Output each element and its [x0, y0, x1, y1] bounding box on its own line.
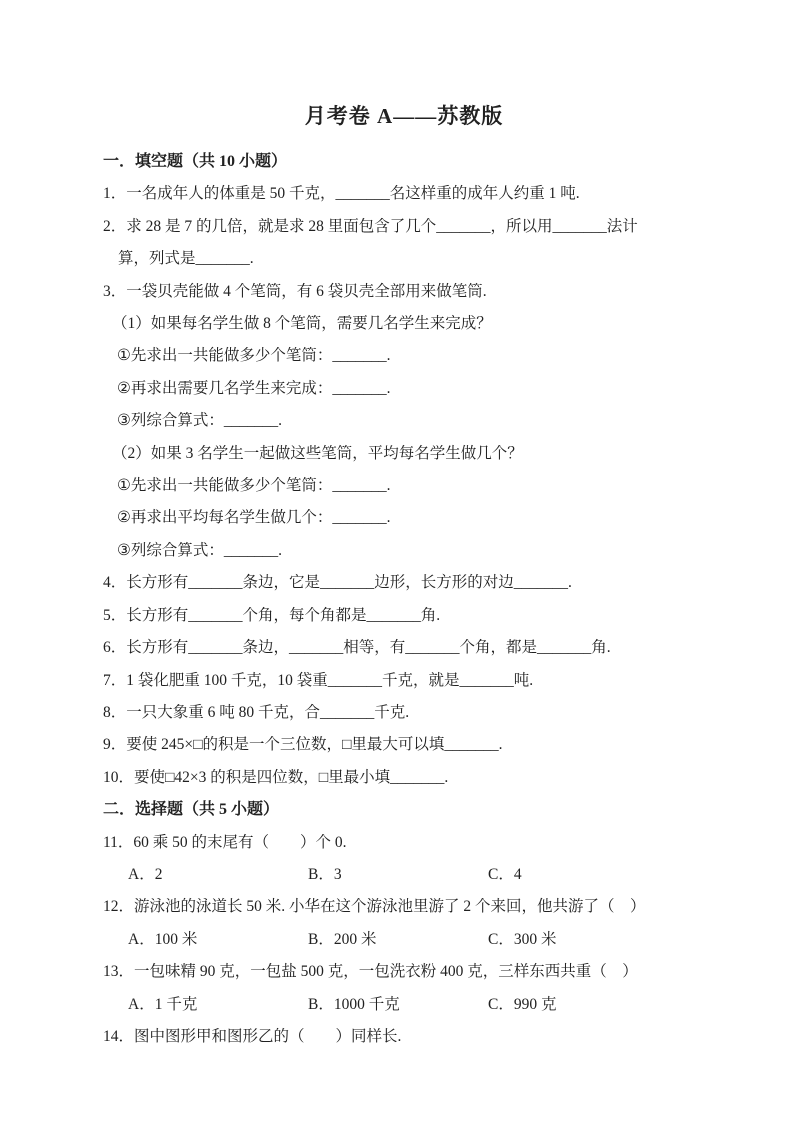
section-lines: 1．一名成年人的体重是 50 千克，_______名这样重的成年人约重 1 吨.… — [103, 178, 705, 794]
options-row: A．1 千克B．1000 千克C．990 克 — [103, 989, 705, 1021]
sub-question-line: ②再求出需要几名学生来完成：_______. — [103, 373, 705, 405]
options-row: A．100 米B．200 米C．300 米 — [103, 924, 705, 956]
section-heading: 一．填空题（共 10 小题） — [103, 146, 705, 178]
sub-question-line: （1）如果每名学生做 8 个笔筒，需要几名学生来完成？ — [103, 308, 705, 340]
option-item: B．1000 千克 — [308, 989, 488, 1021]
question-line: 7．1 袋化肥重 100 千克，10 袋重_______千克，就是_______… — [103, 665, 705, 697]
page-title: 月考卷 A——苏教版 — [103, 103, 705, 129]
question-line: 11．60 乘 50 的末尾有（ ）个 0. — [103, 827, 705, 859]
section-heading: 二．选择题（共 5 小题） — [103, 794, 705, 826]
question-line: 6．长方形有_______条边，_______相等，有_______个角，都是_… — [103, 632, 705, 664]
option-item: C．300 米 — [488, 924, 705, 956]
option-item: C．4 — [488, 859, 705, 891]
sub-question-line: （2）如果 3 名学生一起做这些笔筒，平均每名学生做几个？ — [103, 438, 705, 470]
question-line: 10．要使□42×3 的积是四位数，□里最小填_______. — [103, 762, 705, 794]
option-item: A．2 — [128, 859, 308, 891]
sub-question-line: ②再求出平均每名学生做几个：_______. — [103, 502, 705, 534]
question-line: 12．游泳池的泳道长 50 米. 小华在这个游泳池里游了 2 个来回，他共游了（… — [103, 891, 705, 923]
question-line: 2．求 28 是 7 的几倍，就是求 28 里面包含了几个_______，所以用… — [103, 211, 705, 243]
option-item: B．200 米 — [308, 924, 488, 956]
sub-question-line: ③列综合算式：_______. — [103, 405, 705, 437]
option-item: C．990 克 — [488, 989, 705, 1021]
option-item: A．1 千克 — [128, 989, 308, 1021]
section-fill-in-blanks: 一．填空题（共 10 小题） 1．一名成年人的体重是 50 千克，_______… — [103, 146, 705, 794]
section-multiple-choice: 二．选择题（共 5 小题） 11．60 乘 50 的末尾有（ ）个 0.A．2B… — [103, 794, 705, 1053]
question-line: 8．一只大象重 6 吨 80 千克，合_______千克. — [103, 697, 705, 729]
question-line: 9．要使 245×□的积是一个三位数，□里最大可以填_______. — [103, 729, 705, 761]
sub-question-line: ③列综合算式：_______. — [103, 535, 705, 567]
question-line: 3．一袋贝壳能做 4 个笔筒，有 6 袋贝壳全部用来做笔筒. — [103, 276, 705, 308]
options-row: A．2B．3C．4 — [103, 859, 705, 891]
exam-page: 月考卷 A——苏教版 一．填空题（共 10 小题） 1．一名成年人的体重是 50… — [0, 0, 793, 1122]
question-line: 13．一包味精 90 克，一包盐 500 克，一包洗衣粉 400 克，三样东西共… — [103, 956, 705, 988]
option-item: B．3 — [308, 859, 488, 891]
sub-question-line: ①先求出一共能做多少个笔筒：_______. — [103, 340, 705, 372]
question-line: 4．长方形有_______条边，它是_______边形，长方形的对边______… — [103, 567, 705, 599]
question-line: 14．图中图形甲和图形乙的（ ）同样长. — [103, 1021, 705, 1053]
sub-question-line: 算，列式是_______. — [103, 243, 705, 275]
question-line: 1．一名成年人的体重是 50 千克，_______名这样重的成年人约重 1 吨. — [103, 178, 705, 210]
section-lines: 11．60 乘 50 的末尾有（ ）个 0.A．2B．3C．412．游泳池的泳道… — [103, 827, 705, 1054]
option-item: A．100 米 — [128, 924, 308, 956]
sub-question-line: ①先求出一共能做多少个笔筒：_______. — [103, 470, 705, 502]
question-line: 5．长方形有_______个角，每个角都是_______角. — [103, 600, 705, 632]
